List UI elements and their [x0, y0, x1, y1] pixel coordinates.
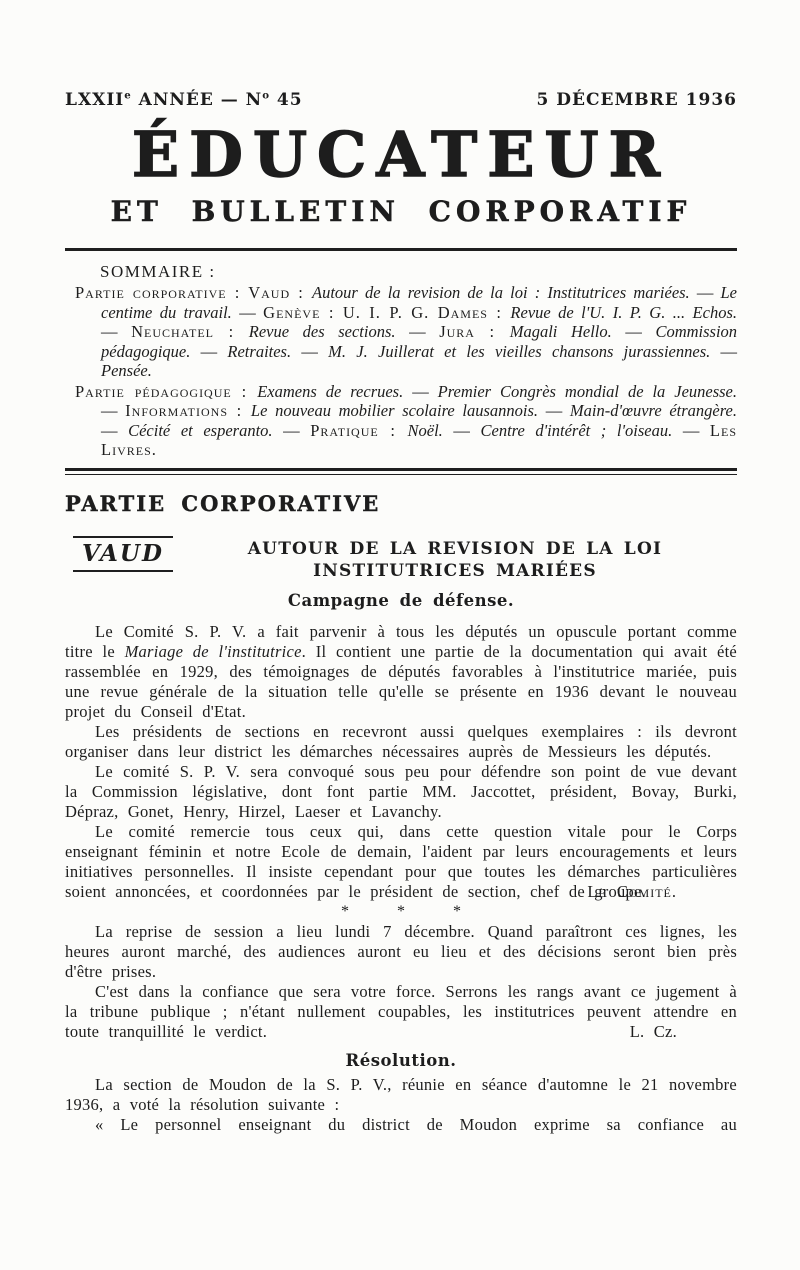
text-run: e [124, 89, 131, 101]
text-run: Noël. [408, 421, 454, 440]
article-paragraph: La reprise de session a lieu lundi 7 déc… [65, 922, 737, 982]
resolution-heading: Résolution. [65, 1051, 737, 1070]
text-run: Genève : U. I. P. G. Dames : [263, 303, 510, 322]
magazine-page: LXXIIe ANNÉE — No 45 5 DÉCEMBRE 1936 ÉDU… [0, 0, 800, 1270]
text-run: Revue de l'U. I. P. G. ... Echos. [510, 303, 737, 322]
article-paragraph: Les présidents de sections en recevront … [65, 722, 737, 762]
text-run: La reprise de session a lieu lundi 7 déc… [65, 922, 737, 981]
text-run: Neuchatel : [131, 322, 249, 341]
issue-number: LXXIIe ANNÉE — No 45 [65, 90, 303, 110]
article-subheading: Campagne de défense. [65, 591, 737, 610]
text-run: Les présidents de sections en recevront … [65, 722, 737, 761]
text-run: La section de Moudon de la S. P. V., réu… [65, 1075, 737, 1114]
text-run: Jura : [439, 322, 510, 341]
text-run: Retraites. [227, 342, 301, 361]
sommaire-label: SOMMAIRE : [100, 262, 737, 282]
text-run: M. J. Juillerat et les vieilles chansons… [328, 342, 720, 361]
magazine-subtitle: ET BULLETIN CORPORATIF [65, 198, 737, 226]
asterisk-separator: * * * [65, 902, 737, 922]
text-run: — [453, 421, 480, 440]
text-run: Informations : [125, 401, 251, 420]
text-run: Le comité S. P. V. sera convoqué sous pe… [65, 762, 737, 821]
text-run: Autour de la revision de la loi : Instit… [312, 283, 697, 302]
text-run: — [697, 283, 721, 302]
text-run: Cécité et esperanto. [128, 421, 283, 440]
article-paragraph: « Le personnel enseignant du district de… [65, 1115, 737, 1135]
text-run: Pratique : [310, 421, 407, 440]
text-run: — [239, 303, 263, 322]
text-run: — [683, 421, 710, 440]
text-run: Partie pédagogique : [75, 382, 257, 401]
partie-corporative-section: PARTIE CORPORATIVE VAUD AUTOUR DE LA REV… [65, 491, 737, 1135]
article-paragraph: La section de Moudon de la S. P. V., réu… [65, 1075, 737, 1115]
section-heading: PARTIE CORPORATIVE [65, 491, 737, 516]
text-run: « Le personnel enseignant du district de… [95, 1115, 737, 1134]
sommaire-bottom-double-rule [65, 468, 737, 475]
text-run: — [101, 421, 128, 440]
masthead-divider-rule [65, 248, 737, 251]
text-run: Main-d'œuvre étrangère. [570, 401, 737, 420]
text-run: — [201, 342, 228, 361]
text-run: Mariage de l'institutrice [125, 642, 302, 661]
article-headline: AUTOUR DE LA REVISION DE LA LOI INSTITUT… [173, 536, 737, 582]
article-paragraph: Le comité S. P. V. sera convoqué sous pe… [65, 762, 737, 822]
article-paragraph: C'est dans la confiance que sera votre f… [65, 982, 737, 1042]
text-run: — [721, 342, 738, 361]
text-run: Magali Hello. [510, 322, 626, 341]
text-run: Pensée. [101, 361, 152, 380]
text-run: Le nouveau mobilier scolaire lausannois. [251, 401, 546, 420]
text-run: — [412, 382, 437, 401]
text-run: — [546, 401, 570, 420]
signature: Le Comité. [587, 882, 677, 902]
text-run: — [625, 322, 655, 341]
article-paragraph: Le comité remercie tous ceux qui, dans c… [65, 822, 737, 902]
sommaire-section: SOMMAIRE : Partie corporative : Vaud : A… [65, 262, 737, 460]
text-run: Premier Congrès mondial de la Jeunesse. [438, 382, 737, 401]
article-paragraph: Le Comité S. P. V. a fait parvenir à tou… [65, 622, 737, 722]
signature: L. Cz. [630, 1022, 677, 1042]
text-run: Centre d'intérêt ; l'oiseau. [480, 421, 682, 440]
text-run: — [301, 342, 328, 361]
magazine-title: ÉDUCATEUR [65, 124, 737, 186]
article-body: Le Comité S. P. V. a fait parvenir à tou… [65, 622, 737, 1135]
sommaire-entry-corporative: Partie corporative : Vaud : Autour de la… [75, 283, 737, 381]
region-label-vaud: VAUD [73, 536, 173, 572]
text-run: 45 [270, 90, 303, 110]
text-run: — [101, 401, 125, 420]
text-run: — [283, 421, 310, 440]
text-run: Partie corporative : Vaud : [75, 283, 312, 302]
issue-date: 5 DÉCEMBRE 1936 [537, 90, 737, 110]
text-run: — [409, 322, 439, 341]
text-run: Revue des sections. [249, 322, 409, 341]
text-run: — [101, 322, 131, 341]
headline-line-1: AUTOUR DE LA REVISION DE LA LOI [173, 538, 737, 560]
masthead-row: LXXIIe ANNÉE — No 45 5 DÉCEMBRE 1936 [65, 90, 737, 110]
text-run: LXXII [65, 90, 124, 110]
article-head: VAUD AUTOUR DE LA REVISION DE LA LOI INS… [65, 536, 737, 582]
masthead: LXXIIe ANNÉE — No 45 5 DÉCEMBRE 1936 ÉDU… [65, 90, 737, 226]
sommaire-entry-pedagogique: Partie pédagogique : Examens de recrues.… [75, 382, 737, 460]
headline-line-2: INSTITUTRICES MARIÉES [173, 560, 737, 582]
text-run: ANNÉE — N [132, 90, 262, 110]
text-run: o [262, 89, 270, 101]
text-run: Examens de recrues. [257, 382, 412, 401]
